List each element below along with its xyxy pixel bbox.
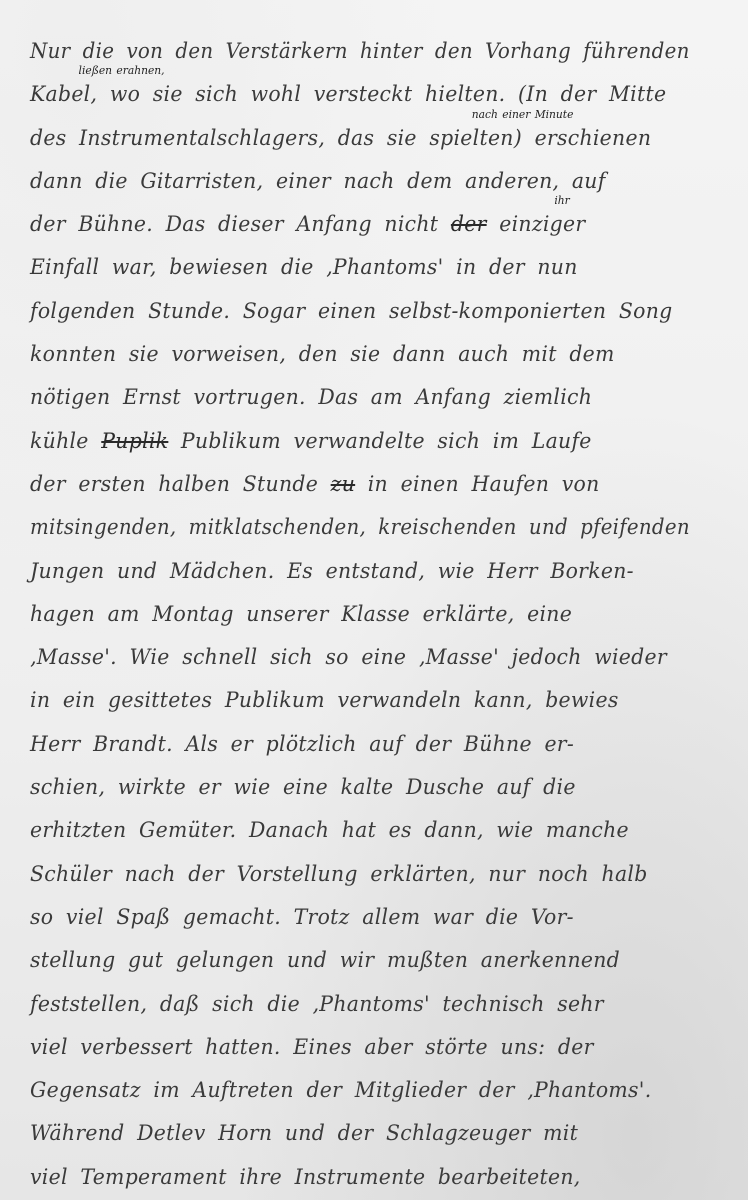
text-line: Herr Brandt. Als er plötzlich auf der Bü… [30, 723, 690, 766]
struck-word: Puplik [101, 429, 168, 453]
line-text: konnten sie vorweisen, den sie dann auch… [30, 342, 615, 366]
handwritten-text: Nur die von den Verstärkern hinter den V… [30, 30, 710, 1199]
text-line: Gegensatz im Auftreten der Mitglieder de… [30, 1069, 690, 1112]
interlinear-insertion: ließen erahnen, [79, 65, 165, 77]
text-line: folgenden Stunde. Sogar einen selbst-kom… [30, 290, 690, 333]
line-text: Nur die von den Verstärkern hinter den V… [30, 39, 690, 63]
line-text: feststellen, daß sich die ‚Phantoms' tec… [30, 992, 604, 1016]
text-line: ihrder Bühne. Das dieser Anfang nicht de… [30, 203, 690, 246]
interlinear-insertion: ihr [554, 195, 569, 207]
line-text: Schüler nach der Vorstellung erklärten, … [30, 862, 648, 886]
line-text: so viel Spaß gemacht. Trotz allem war di… [30, 905, 574, 929]
line-text: Einfall war, bewiesen die ‚Phantoms' in … [30, 255, 578, 279]
line-text: folgenden Stunde. Sogar einen selbst-kom… [30, 299, 673, 323]
text-line: hagen am Montag unserer Klasse erklärte,… [30, 593, 690, 636]
line-text: nötigen Ernst vortrugen. Das am Anfang z… [30, 385, 592, 409]
text-line: ließen erahnen,Kabel, wo sie sich wohl v… [30, 73, 690, 116]
line-text: kühle [30, 429, 101, 453]
text-line: Während Detlev Horn und der Schlagzeuger… [30, 1112, 690, 1155]
line-text: erhitzten Gemüter. Danach hat es dann, w… [30, 818, 629, 842]
text-line: dann die Gitarristen, einer nach dem and… [30, 160, 690, 203]
text-line: viel Temperament ihre Instrumente bearbe… [30, 1156, 690, 1199]
struck-word: der [451, 212, 487, 236]
text-line: feststellen, daß sich die ‚Phantoms' tec… [30, 983, 690, 1026]
text-line: Jungen und Mädchen. Es entstand, wie Her… [30, 550, 690, 593]
line-text: mitsingenden, mitklatschenden, kreischen… [30, 515, 690, 539]
text-line: Schüler nach der Vorstellung erklärten, … [30, 853, 690, 896]
text-line: so viel Spaß gemacht. Trotz allem war di… [30, 896, 690, 939]
text-line: Einfall war, bewiesen die ‚Phantoms' in … [30, 246, 690, 289]
line-text: Während Detlev Horn und der Schlagzeuger… [30, 1121, 578, 1145]
interlinear-insertion: nach einer Minute [472, 109, 574, 121]
text-line: mitsingenden, mitklatschenden, kreischen… [30, 506, 671, 549]
line-text: stellung gut gelungen und wir mußten ane… [30, 948, 620, 972]
text-line: nötigen Ernst vortrugen. Das am Anfang z… [30, 376, 690, 419]
text-line: schien, wirkte er wie eine kalte Dusche … [30, 766, 690, 809]
line-text: Kabel, wo sie sich wohl versteckt hielte… [30, 82, 666, 106]
line-text: Jungen und Mädchen. Es entstand, wie Her… [30, 559, 634, 583]
text-line: viel verbessert hatten. Eines aber stört… [30, 1026, 690, 1069]
text-line: in ein gesittetes Publikum verwandeln ka… [30, 679, 690, 722]
text-line: erhitzten Gemüter. Danach hat es dann, w… [30, 809, 690, 852]
line-text: ‚Masse'. Wie schnell sich so eine ‚Masse… [30, 645, 667, 669]
line-text: Herr Brandt. Als er plötzlich auf der Bü… [30, 732, 574, 756]
text-line: ‚Masse'. Wie schnell sich so eine ‚Masse… [30, 636, 690, 679]
text-line: der ersten halben Stunde zu in einen Hau… [30, 463, 690, 506]
line-text: des Instrumentalschlagers, das sie spiel… [30, 126, 651, 150]
struck-word: zu [331, 472, 355, 496]
line-text: dann die Gitarristen, einer nach dem and… [30, 169, 606, 193]
text-line: stellung gut gelungen und wir mußten ane… [30, 939, 690, 982]
line-text: hagen am Montag unserer Klasse erklärte,… [30, 602, 572, 626]
line-text: schien, wirkte er wie eine kalte Dusche … [30, 775, 576, 799]
line-text: Gegensatz im Auftreten der Mitglieder de… [30, 1078, 651, 1102]
line-text: in einen Haufen von [355, 472, 599, 496]
line-text: viel verbessert hatten. Eines aber stört… [30, 1035, 594, 1059]
line-text: viel Temperament ihre Instrumente bearbe… [30, 1165, 581, 1189]
scan-border [0, 1200, 748, 1204]
line-text: Publikum verwandelte sich im Laufe [168, 429, 591, 453]
line-text: einziger [487, 212, 586, 236]
line-text: der ersten halben Stunde [30, 472, 331, 496]
line-text: der Bühne. Das dieser Anfang nicht [30, 212, 451, 236]
text-line: nach einer Minutedes Instrumentalschlage… [30, 117, 690, 160]
line-text: in ein gesittetes Publikum verwandeln ka… [30, 688, 619, 712]
text-line: konnten sie vorweisen, den sie dann auch… [30, 333, 690, 376]
handwritten-page: Nur die von den Verstärkern hinter den V… [0, 0, 748, 1200]
text-line: kühle Puplik Publikum verwandelte sich i… [30, 420, 690, 463]
